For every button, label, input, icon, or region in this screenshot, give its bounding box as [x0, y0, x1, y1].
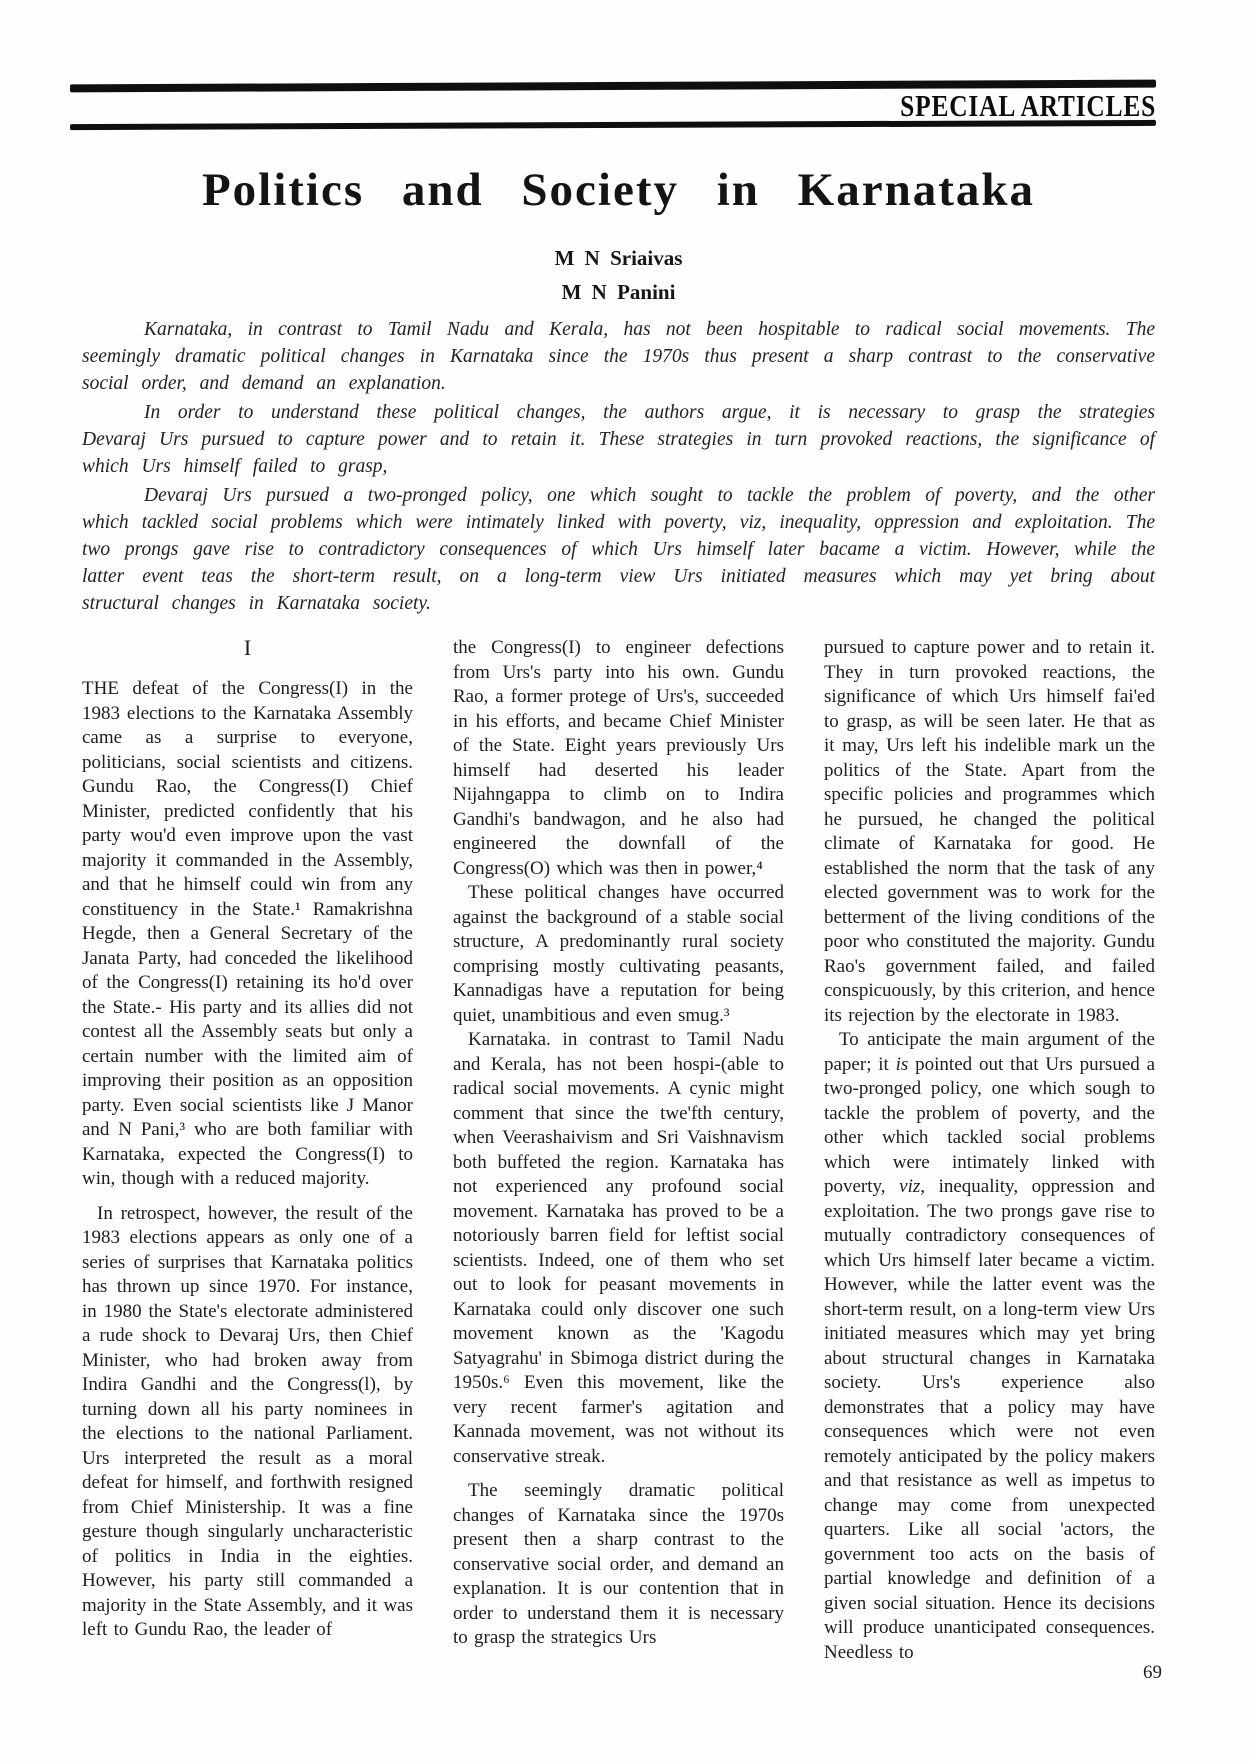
author-name-2: M N Panini [82, 280, 1155, 305]
author-name-1: M N Sriaivas [82, 246, 1155, 271]
article-body: I THE defeat of the Congress(I) in the 1… [82, 636, 1155, 1665]
body-paragraph: To anticipate the main argument of the p… [824, 1028, 1155, 1665]
body-paragraph: The seemingly dramatic political changes… [453, 1479, 784, 1651]
journal-page: SPECIAL ARTICLES Politics and Society in… [0, 0, 1252, 1762]
body-paragraph: the Congress(I) to engineer defections f… [453, 636, 784, 881]
column-2-text: the Congress(I) to engineer defections f… [453, 636, 784, 1651]
body-paragraph: These political changes have occurred ag… [453, 881, 784, 1028]
page-number: 69 [1143, 1662, 1162, 1684]
column-2: the Congress(I) to engineer defections f… [453, 636, 784, 1665]
column-3: pursued to capture power and to retain i… [824, 636, 1155, 1665]
abstract-paragraph: Devaraj Urs pursued a two-pronged policy… [82, 482, 1155, 617]
body-paragraph: In retrospect, however, the result of th… [82, 1202, 413, 1643]
section-kicker: SPECIAL ARTICLES [900, 88, 1156, 124]
header-bottom-rule [70, 120, 1156, 130]
section-marker: I [82, 636, 413, 677]
abstract-paragraph: In order to understand these political c… [82, 399, 1155, 480]
column-1-text: THE defeat of the Congress(I) in the 198… [82, 677, 413, 1643]
column-3-text: pursued to capture power and to retain i… [824, 636, 1155, 1665]
article-title: Politics and Society in Karnataka [82, 163, 1155, 217]
abstract-paragraph: Karnataka, in contrast to Tamil Nadu and… [82, 316, 1155, 397]
abstract: Karnataka, in contrast to Tamil Nadu and… [82, 316, 1155, 617]
column-1: I THE defeat of the Congress(I) in the 1… [82, 636, 413, 1665]
body-paragraph: THE defeat of the Congress(I) in the 198… [82, 677, 413, 1192]
body-paragraph: Karnataka. in contrast to Tamil Nadu and… [453, 1028, 784, 1469]
body-paragraph: pursued to capture power and to retain i… [824, 636, 1155, 1028]
